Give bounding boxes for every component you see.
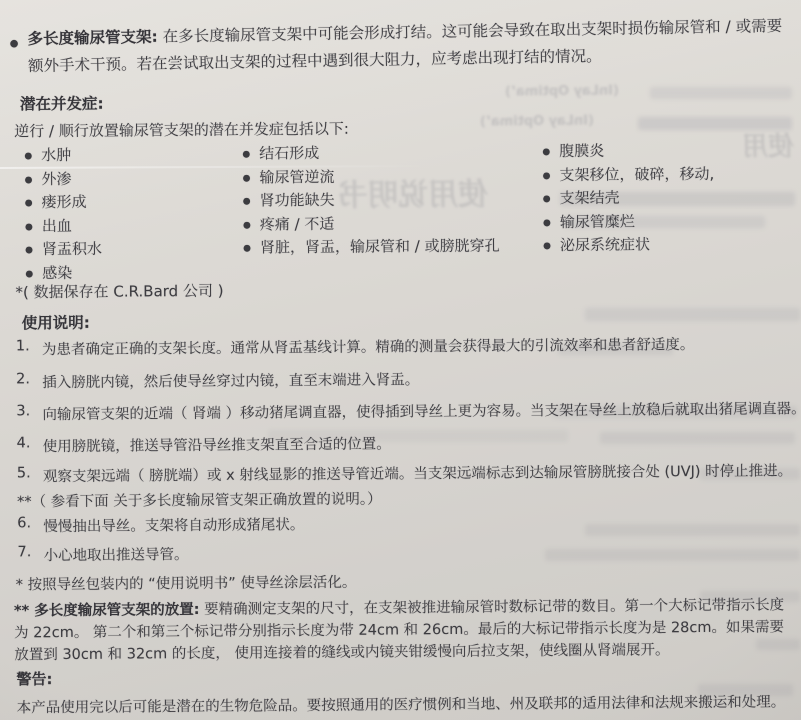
instruction-number: 3. [16,403,42,424]
complication-label: 支架结壳 [560,188,620,209]
complications-heading: 潜在并发症: [20,92,104,115]
instruction-text: 为患者确定正确的支架长度。通常从肾盂基线计算。精确的测量会获得最大的引流效率和患… [42,333,695,359]
warning-heading: 警告: [16,668,52,689]
complication-item: ●输尿管糜烂 [543,210,793,235]
bullet-icon: ● [9,30,18,57]
complication-label: 肾脏，肾盂，输尿管和 / 或膀胱穿孔 [260,236,500,258]
bullet-icon: ● [543,189,551,210]
complication-label: 外渗 [41,168,71,189]
instruction-number: 2. [16,371,42,392]
complication-item: ●腹膜炎 [542,139,792,164]
bullet-icon: ● [543,236,551,257]
bullet-icon: ● [243,192,251,213]
complications-column-1: ●水肿 ●外渗 ●瘘形成 ●出血 ●肾盂积水 ●感染 [24,144,243,287]
bullet-icon: ● [243,215,251,236]
instruction-text: 插入膀胱内镜，然后使导丝穿过内镜，直至末端进入肾盂。 [42,368,419,392]
instruction-item: 7. 小心地取出推送导管。 [17,543,188,565]
complication-label: 出血 [42,215,72,236]
bullet-icon: ● [542,142,550,163]
instruction-item: 2. 插入膀胱内镜，然后使导丝穿过内镜，直至末端进入肾盂。 [16,368,419,392]
paragraph-lead: 多长度输尿管支架: [27,28,157,48]
bullet-icon: ● [242,145,250,166]
instructions-heading: 使用说明: [22,311,90,334]
complication-item: ●出血 [25,214,243,239]
complication-item: ●输尿管逆流 [242,165,544,191]
complication-item: ●外渗 [24,167,242,192]
bullet-icon: ● [24,146,32,167]
instruction-item: 3. 向输尿管支架的近端（ 肾端 ）移动猪尾调直器，使得插到导丝上更为容易。当支… [16,397,801,424]
complication-label: 肾功能缺失 [260,190,335,211]
complications-column-3: ●腹膜炎 ●支架移位，破碎，移动, ●支架结壳 ●输尿管糜烂 ●泌尿系统症状 [542,139,793,258]
data-on-file-note: *( 数据保存在 C.R.Bard 公司 ) [15,280,223,303]
complication-item: ●肾脏，肾盂，输尿管和 / 或膀胱穿孔 [243,235,545,261]
bullet-icon: ● [242,168,250,189]
bullet-icon: ● [243,239,251,260]
bullet-icon: ● [543,213,551,234]
instruction-item: 6. 慢慢抽出导丝。支架将自动形成猪尾状。 [17,513,304,536]
instruction-number: 5. [17,465,43,486]
instruction-item: 4. 使用膀胱镜，推送导管沿导丝推支架直至合适的位置。 [17,432,391,456]
instruction-number: 7. [17,544,43,565]
complication-label: 输尿管逆流 [259,166,334,187]
instruction-text: 使用膀胱镜，推送导管沿导丝推支架直至合适的位置。 [43,432,391,456]
complication-item: ●水肿 [24,144,242,169]
complication-item: ●结石形成 [242,141,544,167]
complication-item: ●泌尿系统症状 [543,233,793,258]
instruction-item: 1. 为患者确定正确的支架长度。通常从肾盂基线计算。精确的测量会获得最大的引流效… [16,333,695,359]
knotting-warning-paragraph: ●多长度输尿管支架: 在多长度输尿管支架中可能会形成打结。这可能会导致在取出支架… [7,13,796,81]
complication-item: ●肾功能缺失 [243,188,545,214]
instruction-text: 向输尿管支架的近端（ 肾端 ）移动猪尾调直器，使得插到导丝上更为容易。当支架在导… [42,397,801,424]
complication-item: ●支架结壳 [543,186,793,211]
instruction-text: 慢慢抽出导丝。支架将自动形成猪尾状。 [43,513,304,536]
complication-label: 结石形成 [259,143,319,164]
complications-column-2: ●结石形成 ●输尿管逆流 ●肾功能缺失 ●疼痛 / 不适 ●肾脏，肾盂，输尿管和… [242,141,545,261]
double-star-footnote: ** 多长度输尿管支架的放置: 要精确测定支架的尺寸，在支架被推进输尿管时数标记… [14,594,798,666]
bullet-icon: ● [25,240,33,261]
instruction-text: 观察支架远端（ 膀胱端）或 x 射线显影的推送导管近端。当支架远端标志到达输尿管… [43,459,792,486]
complication-label: 瘘形成 [42,192,87,213]
instruction-number: 4. [17,435,43,456]
bullet-icon: ● [25,193,33,214]
instruction-number: 1. [16,338,42,359]
complication-label: 支架移位，破碎，移动, [559,163,714,185]
complication-item: ●瘘形成 [25,191,243,216]
complications-intro: 逆行 / 顺行放置输尿管支架的潜在并发症包括以下: [14,118,349,142]
bullet-icon: ● [24,170,32,191]
complication-label: 疼痛 / 不适 [260,213,335,234]
bullet-icon: ● [25,217,33,238]
complication-item: ●疼痛 / 不适 [243,212,545,238]
instruction-5-note: **（ 参看下面 关于多长度输尿管支架正确放置的说明。） [17,488,382,512]
complication-item: ●支架移位，破碎，移动, [542,163,792,188]
double-star-lead: ** 多长度输尿管支架的放置: [14,602,200,619]
instruction-item: 5. 观察支架远端（ 膀胱端）或 x 射线显影的推送导管近端。当支架远端标志到达… [17,459,792,486]
complication-label: 输尿管糜烂 [560,211,635,232]
warning-text: 本产品使用完以后可能是潜在的生物危险品。要按照通用的医疗惯例和当地、州及联邦的适… [17,690,786,717]
complication-label: 水肿 [41,145,71,166]
document-content: ●多长度输尿管支架: 在多长度输尿管支架中可能会形成打结。这可能会导致在取出支架… [0,0,801,720]
instruction-text: 小心地取出推送导管。 [43,543,188,565]
complication-item: ●肾盂积水 [25,238,243,263]
document-page: (InLay Optima’) (InLay Optima’) 使用 使用说明书… [0,0,801,720]
instruction-number: 6. [17,515,43,536]
complication-label: 腹膜炎 [559,141,604,162]
complication-label: 肾盂积水 [42,239,102,260]
complication-label: 泌尿系统症状 [560,234,650,255]
bullet-icon: ● [542,166,550,187]
star-footnote: * 按照导丝包装内的 “使用说明书” 使导丝涂层活化。 [16,571,357,595]
